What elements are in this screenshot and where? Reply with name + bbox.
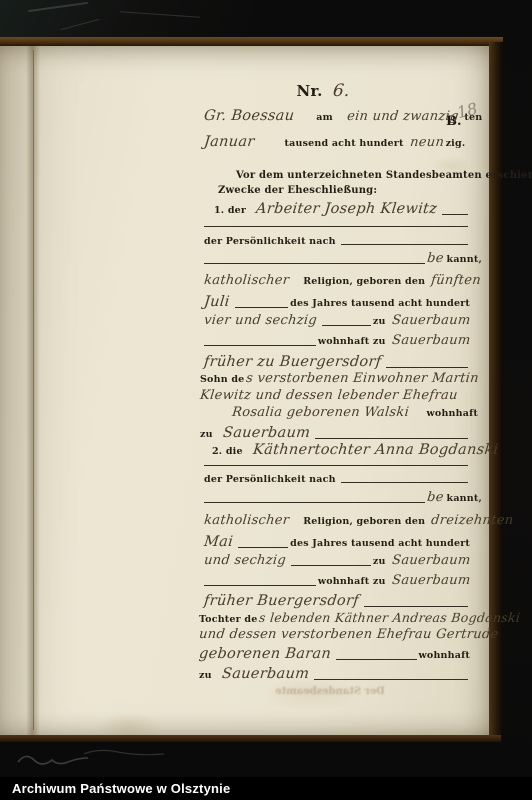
archive-name: Archiwum Państwowe w Olsztynie	[12, 781, 230, 796]
groom-religion-handwritten: katholischer	[203, 274, 290, 289]
bride-parents-row-1: Tochter de s lebenden Käthner Andreas Bo…	[199, 611, 470, 626]
groom-parents-handwritten-1: s verstorbenen Einwohner Martin	[246, 372, 480, 387]
groom-be-handwritten: be	[426, 252, 444, 267]
groom-known-row: be kannt,	[204, 252, 482, 267]
ruled-line	[291, 565, 371, 566]
bride-birth-month-handwritten: Mai	[203, 534, 234, 551]
ruled-line	[386, 367, 468, 368]
cover-scribble	[14, 744, 254, 772]
ruled-line	[204, 502, 425, 503]
ruled-line	[204, 585, 316, 586]
tausend-label: tausend acht hundert	[285, 138, 404, 150]
bride-residence-row: wohnhaft zu Sauerbaum	[204, 574, 470, 589]
identity-label: der Persönlichkeit nach	[204, 474, 336, 486]
ruled-line	[204, 263, 425, 264]
ten-suffix-label: ten	[464, 112, 482, 124]
wohnhaft-label: wohnhaft	[427, 408, 478, 420]
ruled-line	[315, 438, 468, 439]
bride-parents-row-2: und dessen verstorbenen Ehefrau Gertrude	[199, 628, 470, 643]
bride-birth-day-handwritten: dreizehnten	[430, 514, 514, 529]
groom-identity-row: der Persönlichkeit nach	[204, 236, 470, 248]
bride-former-residence-handwritten: früher Buergersdorf	[203, 593, 360, 610]
ruled-line	[341, 482, 468, 483]
bride-birth-year-row: und sechzig zu Sauerbaum	[204, 554, 470, 569]
bride-be-handwritten: be	[426, 491, 444, 506]
groom-birth-month-handwritten: Juli	[203, 294, 230, 311]
tochter-de-label: Tochter de	[199, 614, 257, 626]
day-handwritten: ein und zwanzig	[346, 110, 459, 125]
ruled-line	[336, 659, 417, 660]
intro-text-2: Zwecke der Eheschließung:	[218, 185, 377, 198]
bride-residence-handwritten: Sauerbaum	[391, 574, 471, 589]
groom-name-row: 1. der Arbeiter Joseph Klewitz	[214, 201, 470, 218]
wohnhaft-zu-label: wohnhaft zu	[318, 576, 386, 588]
archive-caption-bar: Archiwum Państwowe w Olsztynie	[0, 777, 532, 800]
bride-birth-place-handwritten: Sauerbaum	[391, 554, 471, 569]
record-number-label: Nr.	[297, 82, 323, 101]
wohnhaft-label: wohnhaft	[419, 650, 470, 662]
groom-former-residence-row: früher zu Buergersdorf	[204, 354, 470, 371]
ruled-line	[204, 226, 468, 227]
kannt-label: kannt,	[447, 493, 482, 505]
bride-known-row: be kannt,	[204, 491, 482, 506]
bride-religion-row: katholischer Religion, geboren den dreiz…	[204, 514, 470, 529]
register-page: B. 18 Nr. 6. Gr. Boessau am ein und zwan…	[0, 46, 489, 735]
groom-residence-handwritten: Sauerbaum	[391, 334, 471, 349]
ruled-line	[314, 679, 468, 680]
ruled-line	[238, 547, 288, 548]
groom-parents-row-3: Rosalia geborenen Walski wohnhaft	[232, 406, 478, 421]
groom-parents-handwritten-2: Klewitz und dessen lebender Ehefrau	[199, 389, 458, 404]
register-photo: B. 18 Nr. 6. Gr. Boessau am ein und zwan…	[0, 0, 532, 800]
place-handwritten: Gr. Boessau	[203, 108, 295, 125]
zu-label: zu	[200, 429, 213, 441]
gutter-fold-line	[33, 50, 34, 730]
ink-bleedthrough: Der Standesbeamte	[235, 686, 425, 697]
kannt-label: kannt,	[447, 254, 482, 266]
zu-label: zu	[199, 670, 212, 682]
groom-birth-month-row: Juli des Jahres tausend acht hundert	[204, 294, 470, 311]
place-date-row: Gr. Boessau am ein und zwanzig ten	[204, 108, 470, 125]
zu-label: zu	[373, 316, 386, 328]
religion-label: Religion, geboren den	[303, 276, 425, 288]
cover-scratch	[61, 19, 100, 30]
sohn-de-label: Sohn de	[200, 374, 244, 386]
ruled-line	[204, 345, 316, 346]
groom-parents-row-2: Klewitz und dessen lebender Ehefrau	[200, 389, 470, 404]
bride-parents-residence-row: zu Sauerbaum	[199, 666, 470, 683]
cover-scratch	[120, 11, 200, 18]
month-handwritten: Januar	[203, 134, 255, 151]
wohnhaft-zu-label: wohnhaft zu	[318, 336, 386, 348]
book-cover-corner	[0, 0, 250, 40]
bride-parents-row-3: geborenen Baran wohnhaft	[199, 646, 470, 663]
groom-birth-year-row: vier und sechzig zu Sauerbaum	[204, 314, 470, 329]
groom-birth-day-handwritten: fünften	[430, 274, 481, 289]
groom-residence-row: wohnhaft zu Sauerbaum	[204, 334, 470, 349]
ruled-line	[204, 465, 468, 466]
groom-parents-residence-handwritten: Sauerbaum	[222, 425, 311, 442]
zig-label: zig.	[446, 138, 466, 150]
page-block-top-edge	[0, 37, 503, 46]
groom-former-residence-handwritten: früher zu Buergersdorf	[203, 354, 382, 371]
bride-religion-handwritten: katholischer	[203, 514, 290, 529]
groom-birth-place-handwritten: Sauerbaum	[391, 314, 471, 329]
month-year-row: Januar tausend acht hundert neun zig.	[204, 134, 470, 151]
des-jahres-label: des Jahres tausend acht hundert	[290, 298, 470, 310]
bride-birth-year-handwritten: und sechzig	[203, 554, 286, 569]
ruled-line	[341, 244, 468, 245]
intro-text-1: Vor dem unterzeichneten Standesbeamten e…	[236, 170, 532, 183]
bride-parents-handwritten-1: s lebenden Käthner Andreas Bogdanski	[259, 611, 522, 625]
des-jahres-label: des Jahres tausend acht hundert	[290, 538, 470, 550]
page-block-bottom-edge	[0, 735, 501, 742]
blank-ruled-row	[204, 457, 470, 469]
bride-former-residence-row: früher Buergersdorf	[204, 593, 470, 610]
bride-parents-handwritten-3: geborenen Baran	[198, 646, 332, 663]
decade-handwritten: neun	[409, 136, 445, 151]
am-label: am	[316, 112, 333, 124]
identity-label: der Persönlichkeit nach	[204, 236, 336, 248]
religion-label: Religion, geboren den	[303, 516, 425, 528]
intro-line-2: Zwecke der Eheschließung:	[218, 185, 484, 198]
groom-birth-year-handwritten: vier und sechzig	[203, 314, 317, 329]
bride-identity-row: der Persönlichkeit nach	[204, 474, 470, 486]
groom-parents-handwritten-3: Rosalia geborenen Walski	[231, 406, 410, 421]
intro-line-1: Vor dem unterzeichneten Standesbeamten e…	[236, 170, 470, 183]
ruled-line	[364, 606, 468, 607]
cover-scratch	[28, 2, 88, 12]
groom-religion-row: katholischer Religion, geboren den fünft…	[204, 274, 470, 289]
blank-ruled-row	[204, 218, 470, 230]
ruled-line	[322, 325, 371, 326]
item1-label: 1. der	[214, 205, 246, 217]
zu-label: zu	[373, 556, 386, 568]
bride-parents-residence-handwritten: Sauerbaum	[221, 666, 310, 683]
bride-birth-month-row: Mai des Jahres tausend acht hundert	[204, 534, 470, 551]
ruled-line	[442, 214, 468, 215]
record-number-value: 6.	[332, 82, 351, 102]
groom-name-handwritten: Arbeiter Joseph Klewitz	[255, 201, 438, 218]
ruled-line	[235, 307, 289, 308]
record-number-row: Nr. 6.	[190, 82, 456, 102]
bride-parents-handwritten-2: und dessen verstorbenen Ehefrau Gertrude	[198, 628, 499, 643]
groom-parents-row-1: Sohn de s verstorbenen Einwohner Martin	[200, 372, 470, 387]
groom-parents-residence-row: zu Sauerbaum	[200, 425, 470, 442]
